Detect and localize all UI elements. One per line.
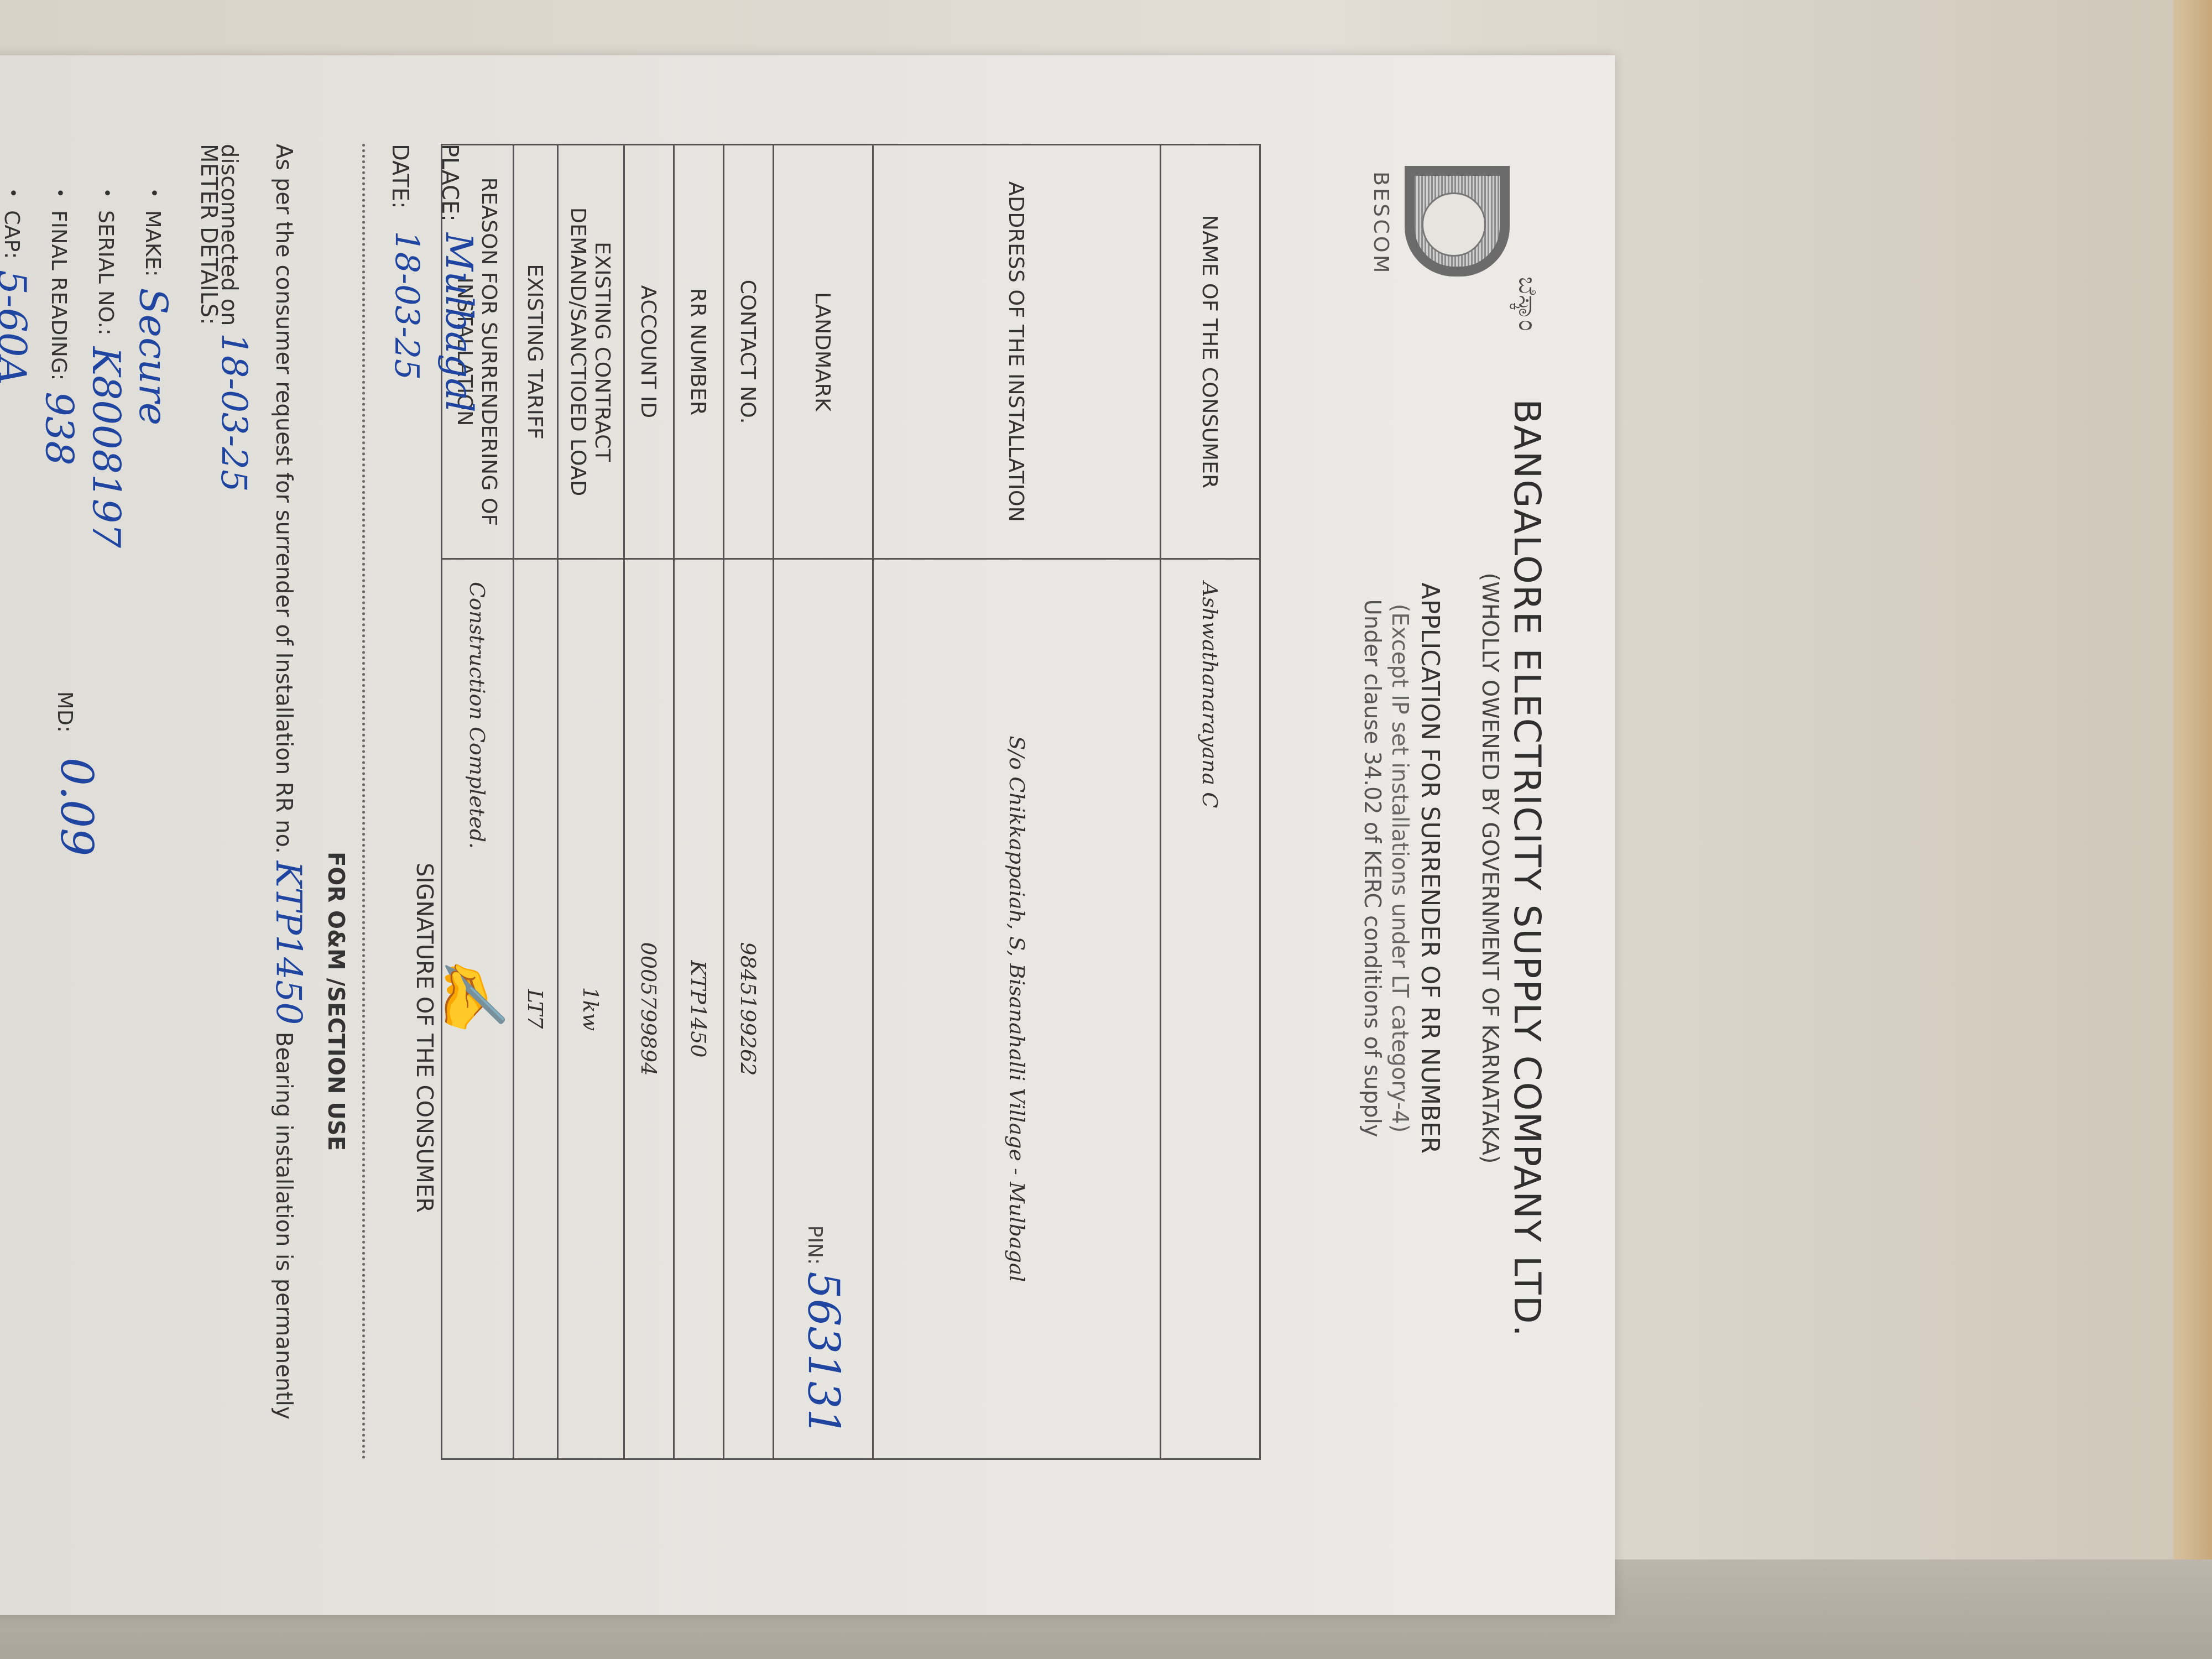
- value-address: S/o Chikkappaiah, S, Bisanahalli Village…: [873, 559, 1161, 1459]
- application-title: APPLICATION FOR SURRENDER OF RR NUMBER: [1416, 343, 1444, 1394]
- value-consumer-name: Ashwathanarayana C: [1161, 559, 1260, 1459]
- meter-cap-label: CAP:: [1, 210, 25, 259]
- label-contact: CONTACT NO.: [724, 145, 774, 559]
- company-name: BANGALORE ELECTRICITY SUPPLY COMPANY LTD…: [1506, 343, 1548, 1394]
- meter-details-list: • MAKE: Secure • SERIAL NO.: K8008197 • …: [0, 188, 177, 1294]
- table-row: LANDMARK PIN: 563131: [774, 145, 873, 1459]
- om-section-heading: FOR O&M /SECTION USE: [323, 852, 348, 1151]
- meter-md-value: 0.09: [51, 758, 102, 856]
- document-page: ಬೆಸ್ಕಾಂ BESCOM BANGALORE ELECTRICITY SUP…: [0, 55, 1615, 1615]
- company-owner: (WHOLLY OWENED BY GOVERNMENT OF KARNATAK…: [1477, 343, 1503, 1394]
- table-row: CONTACT NO. 9845199262: [724, 145, 774, 1459]
- table-row: ACCOUNT ID 0005799894: [624, 145, 674, 1459]
- list-item: • FINAL READING: 938: [36, 188, 83, 1294]
- list-item: • MAKE: Secure: [130, 188, 177, 1294]
- logo-text: BESCOM: [1369, 171, 1394, 275]
- label-address: ADDRESS OF THE INSTALLATION: [873, 145, 1161, 559]
- bullet-icon: •: [50, 188, 69, 210]
- bullet-icon: •: [144, 188, 163, 210]
- om-section-text: As per the consumer request for surrende…: [206, 144, 315, 1471]
- place-date-block: PLACE: Mulbagal DATE: 18-03-25: [387, 144, 487, 413]
- bescom-logo: ಬೆಸ್ಕಾಂ BESCOM: [1421, 149, 1565, 299]
- label-rr-number: RR NUMBER: [674, 145, 724, 559]
- logo-kannada-text: ಬೆಸ್ಕಾಂ: [1512, 276, 1543, 331]
- om-text-prefix: As per the consumer request for surrende…: [271, 144, 296, 854]
- consumer-signature: ✍: [437, 957, 509, 1032]
- application-clause: Under clause 34.02 of KERC conditions of…: [1359, 343, 1385, 1394]
- consumer-signature-block: ✍ SIGNATURE OF THE CONSUMER: [382, 774, 509, 1438]
- date-value: 18-03-25: [387, 231, 426, 380]
- meter-serial-value: K8008197: [84, 347, 129, 548]
- meter-final-reading-value: 938: [37, 392, 82, 466]
- label-consumer-name: NAME OF THE CONSUMER: [1161, 145, 1260, 559]
- list-item: • CAP: 5-60A: [0, 188, 36, 1294]
- meter-cap-value: 5-60A: [0, 270, 35, 385]
- value-landmark: PIN: 563131: [774, 559, 873, 1459]
- pin-label: PIN:: [804, 1225, 827, 1265]
- label-landmark: LANDMARK: [774, 145, 873, 559]
- value-tariff: LT7: [514, 559, 558, 1459]
- om-disconnect-date: 18-03-25: [213, 333, 254, 492]
- label-tariff: EXISTING TARIFF: [514, 145, 558, 559]
- value-rr-number: KTP1450: [674, 559, 724, 1459]
- date-row: DATE: 18-03-25: [387, 144, 437, 413]
- place-row: PLACE: Mulbagal: [437, 144, 487, 413]
- meter-make-label: MAKE:: [142, 210, 166, 277]
- table-row: NAME OF THE CONSUMER Ashwathanarayana C: [1161, 145, 1260, 1459]
- wooden-edge: [2173, 0, 2212, 1659]
- om-rr-value: KTP1450: [268, 861, 309, 1025]
- bullet-icon: •: [3, 188, 22, 210]
- date-label: DATE:: [387, 144, 413, 209]
- meter-serial-label: SERIAL NO.:: [95, 210, 119, 336]
- label-contract-demand: EXISTING CONTRACT DEMAND/SANCTIOED LOAD: [558, 145, 624, 559]
- table-row: EXISTING TARIFF LT7: [514, 145, 558, 1459]
- place-label: PLACE:: [437, 144, 462, 222]
- logo-b-icon: [1405, 166, 1510, 276]
- document-header: BANGALORE ELECTRICITY SUPPLY COMPANY LTD…: [1359, 343, 1548, 1394]
- label-account-id: ACCOUNT ID: [624, 145, 674, 559]
- consumer-details-table: NAME OF THE CONSUMER Ashwathanarayana C …: [441, 144, 1261, 1460]
- value-account-id: 0005799894: [624, 559, 674, 1459]
- pin-value: 563131: [799, 1271, 848, 1436]
- table-row: RR NUMBER KTP1450: [674, 145, 724, 1459]
- value-contact: 9845199262: [724, 559, 774, 1459]
- meter-make-value: Secure: [131, 288, 176, 426]
- table-row: EXISTING CONTRACT DEMAND/SANCTIOED LOAD …: [558, 145, 624, 1459]
- list-item: • SERIAL NO.: K8008197: [83, 188, 130, 1294]
- meter-final-reading-label: FINAL READING:: [48, 210, 72, 380]
- value-contract-demand: 1kw: [558, 559, 624, 1459]
- meter-details-heading: METER DETAILS:: [196, 144, 221, 325]
- place-value: Mulbagal: [437, 233, 481, 413]
- section-divider: [362, 144, 365, 1460]
- application-exception: (Except IP set installations under LT ca…: [1387, 343, 1412, 1394]
- consumer-signature-label: SIGNATURE OF THE CONSUMER: [411, 863, 437, 1213]
- bullet-icon: •: [97, 188, 116, 210]
- table-row: ADDRESS OF THE INSTALLATION S/o Chikkapp…: [873, 145, 1161, 1459]
- meter-md-label: MD:: [53, 691, 77, 733]
